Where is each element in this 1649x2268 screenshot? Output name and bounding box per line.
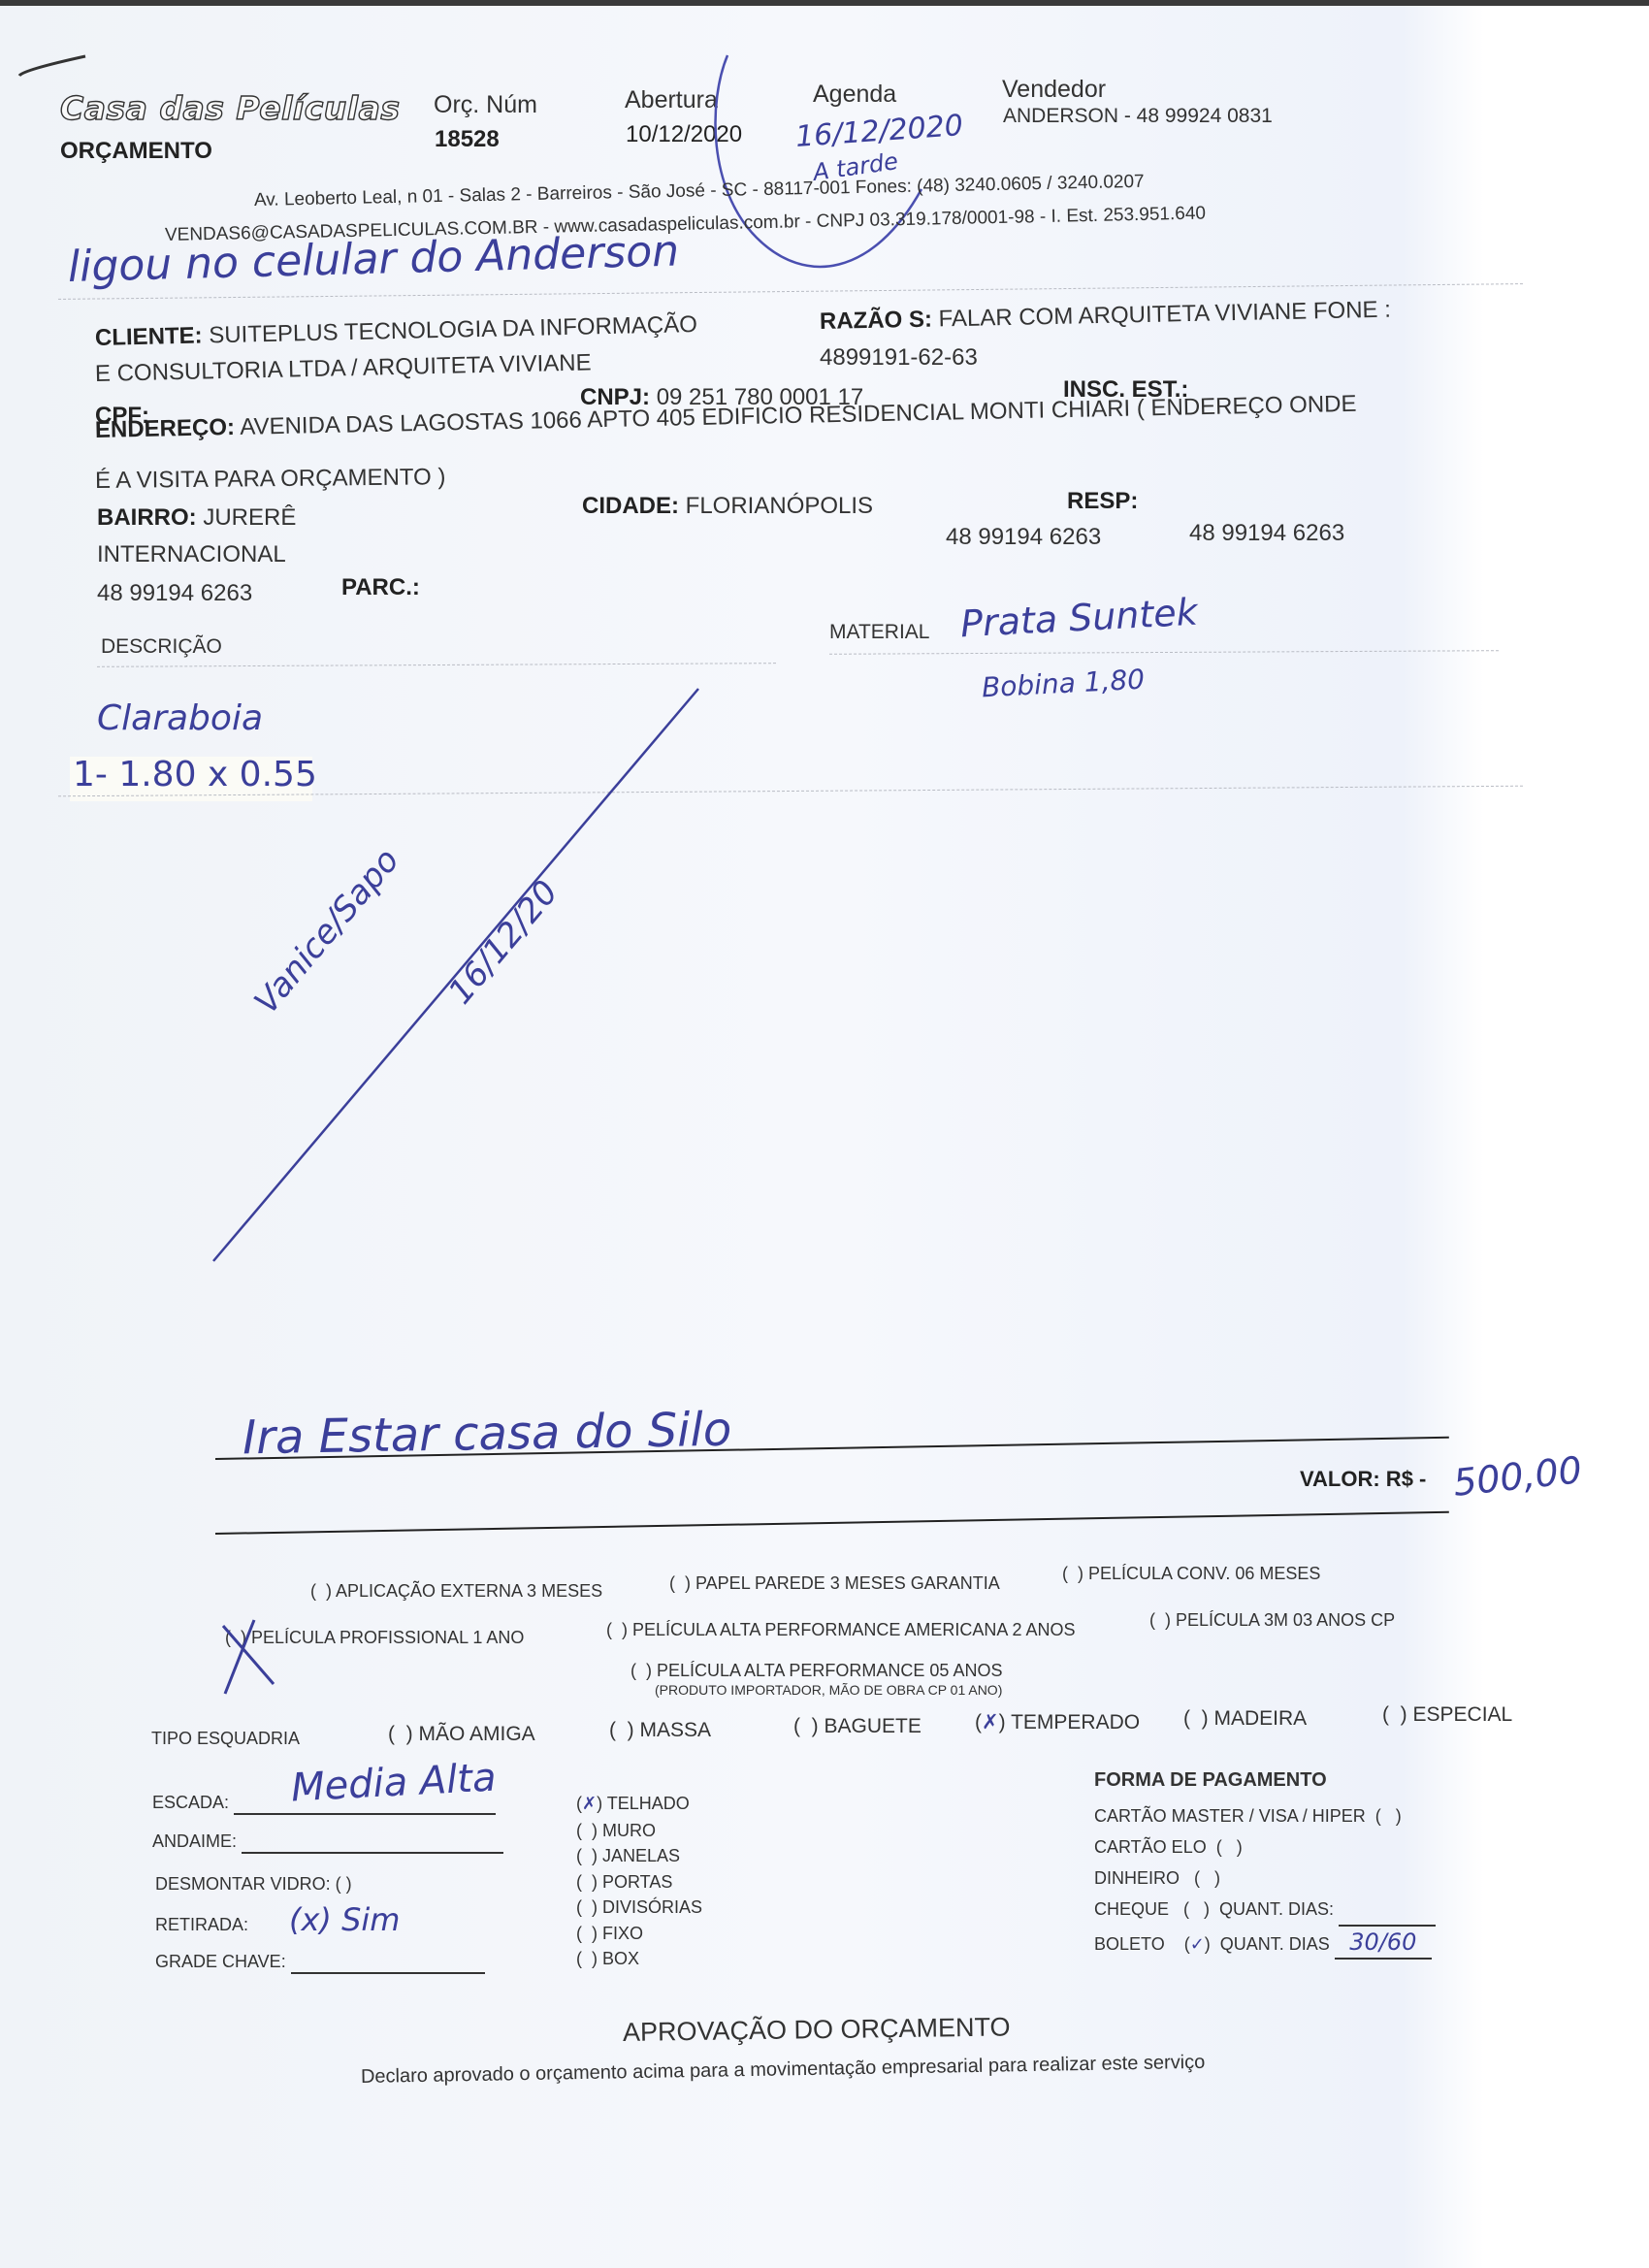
vendedor-label: Vendedor: [1002, 76, 1106, 104]
valor-label: VALOR: R$ -: [1300, 1467, 1426, 1492]
esquadria-option[interactable]: ( ) BAGUETE: [793, 1715, 921, 1738]
endereco-label: ENDEREÇO:: [95, 414, 236, 443]
payment-option[interactable]: CARTÃO ELO ( ): [1094, 1831, 1436, 1863]
payment-option[interactable]: CARTÃO MASTER / VISA / HIPER ( ): [1094, 1800, 1436, 1831]
esquadria-option[interactable]: ( ) ESPECIAL: [1382, 1703, 1512, 1727]
location-option[interactable]: ( ) MURO: [576, 1818, 702, 1844]
esquadria-option[interactable]: ( ) MASSA: [609, 1719, 711, 1742]
endereco-value-2: É A VISITA PARA ORÇAMENTO ): [95, 464, 446, 495]
payment-option[interactable]: DINHEIRO ( ): [1094, 1863, 1436, 1894]
warranty-option[interactable]: ( ) APLICAÇÃO EXTERNA 3 MESES: [310, 1581, 602, 1602]
vendedor-value: ANDERSON - 48 99924 0831: [1003, 105, 1273, 128]
x-check-mark-icon: ✗: [582, 1794, 597, 1814]
warranty-option[interactable]: ( ) PAPEL PAREDE 3 MESES GARANTIA: [669, 1573, 1000, 1594]
bairro-field: BAIRRO: JURERÊ: [97, 504, 296, 532]
valor-rule: [215, 1511, 1449, 1535]
descricao-label: DESCRIÇÃO: [101, 635, 222, 659]
warranty-option[interactable]: ( ) PELÍCULA ALTA PERFORMANCE AMERICANA …: [606, 1620, 1075, 1640]
bairro-value-1: JURERÊ: [203, 504, 296, 531]
payment-option-checked[interactable]: BOLETO (✓) QUANT. DIAS 30/60: [1094, 1927, 1436, 1960]
phone-3: 48 99194 6263: [1189, 520, 1344, 547]
razao-value-2: 4899191-62-63: [820, 344, 978, 372]
bairro-label: BAIRRO:: [97, 504, 197, 531]
location-options: (✗) TELHADO ( ) MURO ( ) JANELAS ( ) POR…: [576, 1791, 702, 1972]
material-handwritten: Prata Suntek: [959, 591, 1199, 646]
warranty-option[interactable]: ( ) PELÍCULA ALTA PERFORMANCE 05 ANOS: [630, 1661, 1002, 1681]
descricao-rule: [97, 663, 776, 667]
location-option[interactable]: ( ) FIXO: [576, 1921, 702, 1947]
valor-handwritten: 500,00: [1451, 1448, 1584, 1505]
x-check-mark-icon: [215, 1618, 283, 1696]
location-option[interactable]: ( ) PORTAS: [576, 1869, 702, 1895]
warranty-option[interactable]: ( ) PELÍCULA CONV. 06 MESES: [1062, 1564, 1320, 1584]
bairro-value-2: INTERNACIONAL: [97, 541, 286, 568]
cliente-label: CLIENTE:: [95, 322, 203, 351]
payment-options: CARTÃO MASTER / VISA / HIPER ( ) CARTÃO …: [1094, 1800, 1436, 1960]
check-mark-icon: ✓: [1190, 1934, 1205, 1955]
scan-edge: [0, 0, 1649, 6]
phone-1: 48 99194 6263: [97, 580, 252, 607]
orc-num: 18528: [435, 126, 500, 153]
approval-text: Declaro aprovado o orçamento acima para …: [361, 2052, 1206, 2089]
grade-chave-field[interactable]: GRADE CHAVE:: [155, 1952, 485, 1974]
resp-label: RESP:: [1067, 488, 1138, 515]
desmontar-vidro-field[interactable]: DESMONTAR VIDRO: ( ): [155, 1874, 352, 1895]
brand-logo: Casa das Películas: [60, 89, 401, 127]
location-option[interactable]: ( ) BOX: [576, 1946, 702, 1972]
scanned-quote-page: Casa das Películas ORÇAMENTO Orç. Núm 18…: [0, 0, 1649, 2268]
orc-num-label: Orç. Núm: [434, 91, 537, 119]
cliente-value-2: E CONSULTORIA LTDA / ARQUITETA VIVIANE: [95, 349, 592, 388]
tipo-esquadria-label: TIPO ESQUADRIA: [151, 1729, 300, 1749]
location-option[interactable]: ( ) JANELAS: [576, 1843, 702, 1869]
cliente-field: CLIENTE: SUITEPLUS TECNOLOGIA DA INFORMA…: [95, 311, 697, 352]
note-handwritten: ligou no celular do Anderson: [67, 227, 679, 292]
material-note-handwritten: Bobina 1,80: [981, 664, 1146, 704]
boleto-days-handwritten: 30/60: [1335, 1927, 1432, 1960]
parc-label: PARC.:: [341, 574, 420, 601]
razao-label: RAZÃO S:: [820, 307, 933, 335]
location-option[interactable]: ( ) DIVISÓRIAS: [576, 1895, 702, 1921]
esquadria-option[interactable]: ( ) MADEIRA: [1183, 1707, 1307, 1731]
location-option-checked[interactable]: (✗) TELHADO: [576, 1791, 702, 1818]
esquadria-option-checked[interactable]: (✗) TEMPERADO: [975, 1710, 1140, 1734]
x-check-mark-icon: ✗: [982, 1710, 999, 1733]
material-label: MATERIAL: [829, 621, 929, 644]
razao-field: RAZÃO S: FALAR COM ARQUITETA VIVIANE FON…: [820, 297, 1391, 336]
approval-title: APROVAÇÃO DO ORÇAMENTO: [623, 2012, 1011, 2048]
payment-title: FORMA DE PAGAMENTO: [1094, 1769, 1327, 1792]
warranty-option[interactable]: ( ) PELÍCULA 3M 03 ANOS CP: [1149, 1610, 1395, 1631]
esquadria-option[interactable]: ( ) MÃO AMIGA: [388, 1723, 535, 1746]
razao-value-1: FALAR COM ARQUITETA VIVIANE FONE :: [938, 297, 1391, 333]
doc-type: ORÇAMENTO: [60, 138, 212, 165]
cidade-value: FLORIANÓPOLIS: [686, 493, 873, 519]
phone-2: 48 99194 6263: [946, 524, 1101, 551]
cidade-label: CIDADE:: [582, 493, 679, 519]
andaime-field[interactable]: ANDAIME:: [152, 1831, 503, 1854]
warranty-option-sub: (PRODUTO IMPORTADOR, MÃO DE OBRA CP 01 A…: [655, 1682, 1002, 1698]
cidade-field: CIDADE: FLORIANÓPOLIS: [582, 493, 873, 520]
retirada-handwritten: (x) Sim: [289, 1901, 400, 1938]
payment-option[interactable]: CHEQUE ( ) QUANT. DIAS:: [1094, 1894, 1436, 1927]
retirada-label: RETIRADA:: [155, 1915, 248, 1935]
circle-annotation: [698, 44, 980, 286]
material-rule: [829, 650, 1499, 655]
cliente-value-1: SUITEPLUS TECNOLOGIA DA INFORMAÇÃO: [209, 311, 697, 348]
